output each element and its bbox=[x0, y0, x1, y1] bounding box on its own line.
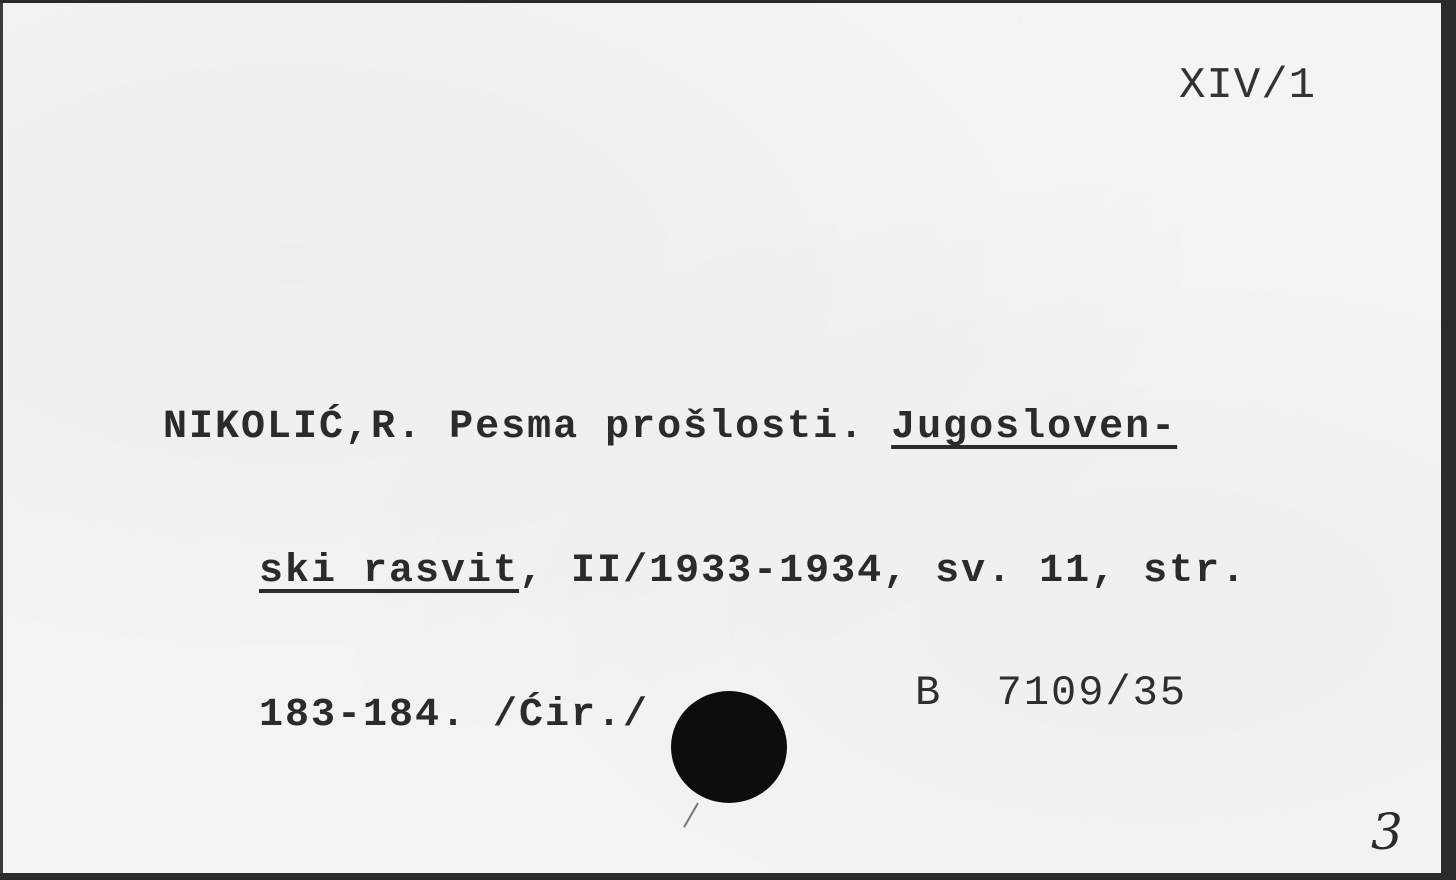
journal-title-part-1: Jugosloven- bbox=[891, 405, 1177, 450]
punch-hole-icon bbox=[671, 691, 787, 803]
call-number-value: 7109/35 bbox=[997, 669, 1187, 717]
issue-details: , II/1933-1934, sv. 11, str. bbox=[519, 549, 1247, 594]
classmark: XIV/1 bbox=[1179, 61, 1316, 111]
entry-line-1: NIKOLIĆ,R. Pesma prošlosti. Jugosloven- bbox=[163, 404, 1247, 452]
call-number: B 7109/35 bbox=[915, 669, 1187, 717]
page-range-and-script: 183-184. /Ćir./ bbox=[259, 693, 649, 738]
catalog-card: XIV/1 NIKOLIĆ,R. Pesma prošlosti. Jugosl… bbox=[0, 3, 1441, 873]
call-number-prefix: B bbox=[915, 669, 942, 717]
entry-line-2: ski rasvit, II/1933-1934, sv. 11, str. bbox=[163, 548, 1247, 596]
author-name: NIKOLIĆ,R. bbox=[163, 405, 423, 450]
work-title: Pesma prošlosti. bbox=[449, 405, 865, 450]
handwritten-number: 3 bbox=[1371, 803, 1403, 861]
journal-title-part-2: ski rasvit bbox=[259, 549, 519, 594]
